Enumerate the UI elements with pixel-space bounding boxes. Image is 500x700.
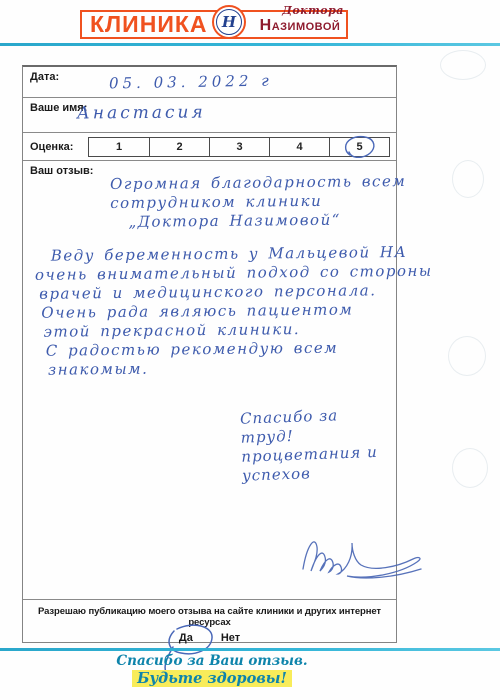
clinic-logo: КЛИНИКА Н Доктора Назимовой: [80, 7, 348, 39]
footer: Спасибо за Ваш отзыв. Будьте здоровы!: [0, 653, 424, 688]
scan-artifact: [448, 336, 486, 376]
permission-row: Разрешаю публикацию моего отзыва на сайт…: [23, 599, 396, 642]
review-row: Ваш отзыв: Огромная благодарность всем с…: [23, 160, 396, 599]
logo-surname: Назимовой: [252, 17, 348, 34]
footer-thanks-line: Спасибо за Ваш отзыв.: [0, 653, 424, 669]
rating-selected-circle: [341, 134, 379, 160]
review-line: „Доктора Назимовой“: [128, 210, 389, 232]
permission-yes-option[interactable]: Да: [179, 632, 193, 644]
rating-option-1[interactable]: 1: [89, 138, 149, 156]
permission-text: Разрешаю публикацию моего отзыва на сайт…: [23, 606, 396, 628]
bottom-divider-line: [0, 648, 500, 651]
date-handwritten-value[interactable]: 05. 03. 2022 г: [109, 72, 273, 93]
rating-scale: 1 2 3 4 5: [88, 137, 390, 157]
review-handwritten-text[interactable]: Огромная благодарность всем сотрудником …: [32, 172, 391, 380]
rating-option-3-label: 3: [236, 141, 242, 153]
logo-doctor-word: Доктора: [278, 5, 348, 17]
footer-wish-line: Будьте здоровы!: [132, 670, 292, 687]
rating-option-5[interactable]: 5: [329, 138, 389, 156]
permission-yes-label: Да: [179, 632, 193, 644]
top-divider-line: [0, 43, 500, 46]
permission-choices: Да Нет: [23, 632, 396, 644]
rating-option-2[interactable]: 2: [149, 138, 209, 156]
closing-line: Спасибо за труд!: [240, 404, 396, 447]
permission-no-label: Нет: [221, 632, 240, 644]
logo-clinic-word: КЛИНИКА: [90, 11, 208, 38]
permission-no-option[interactable]: Нет: [221, 632, 240, 644]
scan-artifact: [440, 50, 486, 80]
scanned-feedback-form: КЛИНИКА Н Доктора Назимовой Дата: 05. 03…: [0, 0, 500, 700]
date-label: Дата:: [30, 71, 59, 83]
review-line: Огромная благодарность всем: [110, 172, 389, 194]
review-line: Очень рада являюсь пациентом: [41, 300, 390, 323]
rating-option-4-label: 4: [296, 141, 302, 153]
logo-name-block: Доктора Назимовой: [252, 5, 348, 34]
closing-line: успехов: [242, 461, 398, 485]
emblem-letter: Н: [216, 9, 242, 35]
clinic-emblem-icon: Н: [212, 5, 246, 39]
rating-label: Оценка:: [30, 141, 73, 153]
review-line: знакомым.: [48, 357, 391, 380]
scan-artifact: [452, 448, 488, 488]
scan-artifact: [452, 160, 484, 198]
name-handwritten-value[interactable]: Анастасия: [77, 102, 206, 123]
rating-option-1-label: 1: [116, 141, 122, 153]
rating-option-3[interactable]: 3: [209, 138, 269, 156]
date-row: Дата: 05. 03. 2022 г: [23, 67, 396, 97]
signature-scribble: [289, 527, 429, 585]
rating-option-2-label: 2: [176, 141, 182, 153]
name-row: Ваше имя: Анастасия: [23, 97, 396, 132]
rating-row: Оценка: 1 2 3 4 5: [23, 132, 396, 160]
review-closing-text: Спасибо за труд! процветания и успехов: [240, 404, 398, 485]
rating-option-4[interactable]: 4: [269, 138, 329, 156]
feedback-form-table: Дата: 05. 03. 2022 г Ваше имя: Анастасия…: [22, 65, 397, 643]
